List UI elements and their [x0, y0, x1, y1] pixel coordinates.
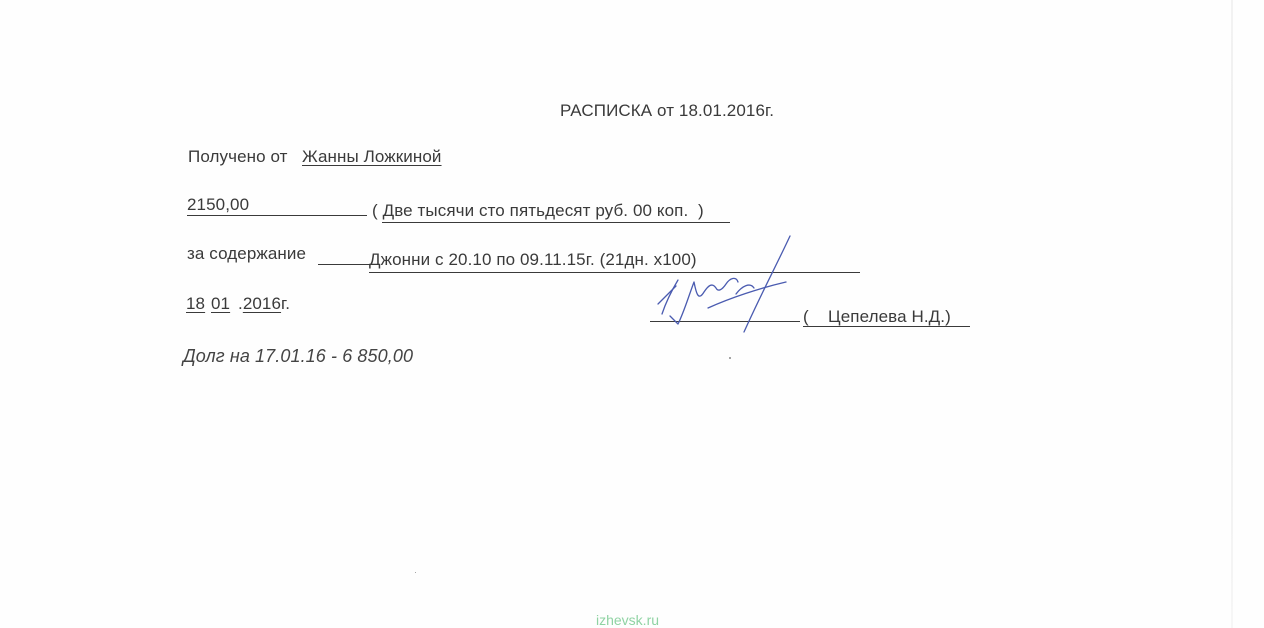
date-day: 18	[186, 294, 205, 314]
amount-in-words: ( Две тысячи сто пятьдесят руб. 00 коп. …	[372, 201, 704, 221]
scan-speck	[729, 357, 731, 359]
watermark: izhevsk.ru	[596, 612, 659, 628]
amount-value: 2150,00	[187, 195, 249, 215]
received-from-name: Жанны Ложкиной	[302, 147, 442, 167]
amount-underline	[187, 215, 367, 216]
date-year-suffix: г.	[281, 294, 290, 313]
purpose-underline-short	[318, 264, 370, 265]
received-from-label: Получено от	[188, 147, 288, 167]
scan-speck	[415, 572, 416, 573]
receipt-page: РАСПИСКА от 18.01.2016г. Получено от Жан…	[0, 0, 1264, 628]
purpose-label: за содержание	[187, 244, 306, 264]
signature-icon	[650, 232, 800, 337]
scan-edge-line	[1231, 0, 1233, 628]
document-title: РАСПИСКА от 18.01.2016г.	[560, 101, 774, 121]
purpose-value: Джонни с 20.10 по 09.11.15г. (21дн. х100…	[369, 250, 697, 270]
date-month: 01	[211, 294, 230, 314]
debt-note: Долг на 17.01.16 - 6 850,00	[183, 346, 413, 366]
signer-name: ( Цепелева Н.Д.)	[803, 307, 951, 327]
date-year: .2016г.	[238, 294, 290, 314]
amount-words-underline	[382, 222, 730, 223]
date-year-value: 2016	[243, 294, 281, 313]
signer-underline	[803, 326, 970, 327]
